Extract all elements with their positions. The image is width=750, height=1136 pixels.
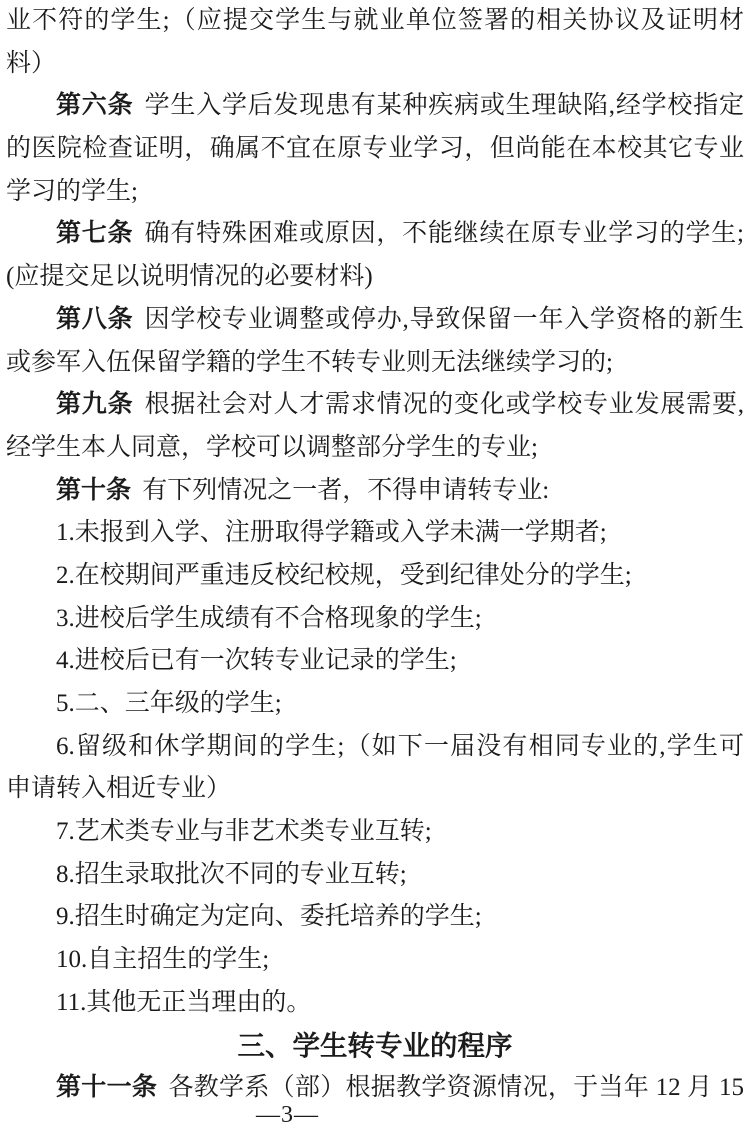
- line-text: 3.进校后学生成绩有不合格现象的学生;: [56, 605, 482, 632]
- line-text: 料）: [6, 50, 56, 77]
- article-number: 第十条: [56, 477, 131, 504]
- line-text: 1.未报到入学、注册取得学籍或入学未满一学期者;: [56, 519, 607, 546]
- line-text: 三、学生转专业的程序: [238, 1030, 513, 1061]
- document-line: 经学生本人同意，学校可以调整部分学生的专业;: [6, 427, 744, 470]
- line-text: (应提交足以说明情况的必要材料): [6, 263, 373, 290]
- line-text: 因学校专业调整或停办,导致保留一年入学资格的新生: [145, 306, 744, 333]
- line-text: 或参军入伍保留学籍的学生不转专业则无法继续学习的;: [6, 349, 613, 376]
- line-text: 有下列情况之一者，不得申请转专业:: [142, 477, 549, 504]
- document-line: 第六条学生入学后发现患有某种疾病或生理缺陷,经学校指定: [6, 85, 744, 128]
- document-line: 6.留级和休学期间的学生;（如下一届没有相同专业的,学生可: [6, 726, 744, 769]
- line-text: 9.招生时确定为定向、委托培养的学生;: [56, 903, 482, 930]
- document-line: 或参军入伍保留学籍的学生不转专业则无法继续学习的;: [6, 342, 744, 385]
- document-line: 11.其他无正当理由的。: [6, 982, 744, 1025]
- line-text: 5.二、三年级的学生;: [56, 690, 282, 717]
- document-line: (应提交足以说明情况的必要材料): [6, 256, 744, 299]
- document-line: 10.自主招生的学生;: [6, 939, 744, 982]
- article-number: 第九条: [56, 391, 133, 418]
- line-text: 10.自主招生的学生;: [56, 946, 269, 973]
- document-line: 7.艺术类专业与非艺术类专业互转;: [6, 811, 744, 854]
- document-line: 申请转入相近专业）: [6, 768, 744, 811]
- article-number: 第七条: [56, 220, 133, 247]
- line-text: 7.艺术类专业与非艺术类专业互转;: [56, 818, 432, 845]
- document-line: 第九条根据社会对人才需求情况的变化或学校专业发展需要,: [6, 384, 744, 427]
- line-text: 4.进校后已有一次转专业记录的学生;: [56, 647, 457, 674]
- document-line: 的医院检查证明，确属不宜在原专业学习，但尚能在本校其它专业: [6, 128, 744, 171]
- document-page: 业不符的学生;（应提交学生与就业单位签署的相关协议及证明材料）第六条学生入学后发…: [0, 0, 750, 1136]
- line-text: 业不符的学生;（应提交学生与就业单位签署的相关协议及证明材: [6, 7, 744, 34]
- line-text: 的医院检查证明，确属不宜在原专业学习，但尚能在本校其它专业: [6, 135, 744, 162]
- line-text: 学生入学后发现患有某种疾病或生理缺陷,经学校指定: [145, 92, 744, 119]
- line-text: 各教学系（部）根据教学资源情况，于当年 12 月 15: [168, 1074, 744, 1101]
- page-number: —3—: [256, 1100, 319, 1130]
- document-line: 第七条确有特殊困难或原因，不能继续在原专业学习的学生;: [6, 213, 744, 256]
- document-line: 9.招生时确定为定向、委托培养的学生;: [6, 896, 744, 939]
- line-text: 2.在校期间严重违反校纪校规，受到纪律处分的学生;: [56, 562, 632, 589]
- article-number: 第八条: [56, 306, 133, 333]
- document-line: 学习的学生;: [6, 171, 744, 214]
- document-line: 3.进校后学生成绩有不合格现象的学生;: [6, 598, 744, 641]
- document-body: 业不符的学生;（应提交学生与就业单位签署的相关协议及证明材料）第六条学生入学后发…: [0, 0, 750, 1110]
- document-line: 第八条因学校专业调整或停办,导致保留一年入学资格的新生: [6, 299, 744, 342]
- line-text: 经学生本人同意，学校可以调整部分学生的专业;: [6, 434, 538, 461]
- document-line: 业不符的学生;（应提交学生与就业单位签署的相关协议及证明材: [6, 0, 744, 43]
- line-text: 学习的学生;: [6, 178, 138, 205]
- document-line: 第十一条各教学系（部）根据教学资源情况，于当年 12 月 15: [6, 1067, 744, 1110]
- article-number: 第十一条: [56, 1074, 157, 1101]
- document-line: 2.在校期间严重违反校纪校规，受到纪律处分的学生;: [6, 555, 744, 598]
- section-heading: 三、学生转专业的程序: [6, 1025, 744, 1068]
- document-line: 第十条有下列情况之一者，不得申请转专业:: [6, 470, 744, 513]
- document-line: 1.未报到入学、注册取得学籍或入学未满一学期者;: [6, 512, 744, 555]
- article-number: 第六条: [56, 92, 133, 119]
- document-line: 4.进校后已有一次转专业记录的学生;: [6, 640, 744, 683]
- line-text: 11.其他无正当理由的。: [56, 989, 311, 1016]
- line-text: 确有特殊困难或原因，不能继续在原专业学习的学生;: [145, 220, 744, 247]
- document-line: 料）: [6, 43, 744, 86]
- line-text: 申请转入相近专业）: [6, 775, 231, 802]
- document-line: 5.二、三年级的学生;: [6, 683, 744, 726]
- document-line: 8.招生录取批次不同的专业互转;: [6, 854, 744, 897]
- line-text: 根据社会对人才需求情况的变化或学校专业发展需要,: [145, 391, 744, 418]
- line-text: 6.留级和休学期间的学生;（如下一届没有相同专业的,学生可: [56, 733, 744, 760]
- line-text: 8.招生录取批次不同的专业互转;: [56, 861, 407, 888]
